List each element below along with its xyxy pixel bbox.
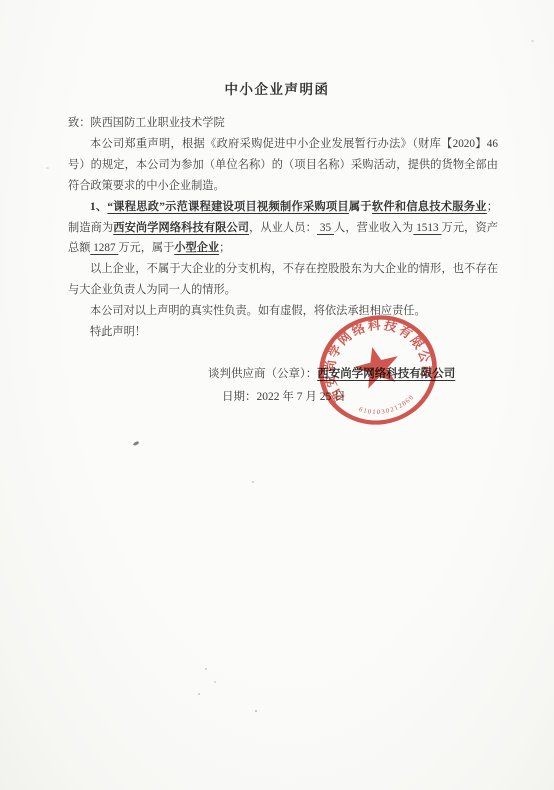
scan-speck: [255, 710, 257, 712]
paragraph: 本公司对以上声明的真实性负责。如有虚假，将依法承担相应责任。: [68, 301, 498, 322]
date-line: 日期：2022 年 7 月 25 日: [208, 386, 455, 409]
text-segment: 本公司郑重声明，根据《政府采购促进中小企业发展暂行办法》（财库【2020】46 …: [68, 138, 498, 192]
text-segment: 小型企业: [174, 242, 219, 254]
text-segment: 万元，属于: [118, 242, 174, 254]
supplier-name: 西安尚学网络科技有限公司: [317, 368, 455, 380]
paragraph: 1、“课程思政”示范课程建设项目视频制作采购项目属于软件和信息技术服务业；制造商…: [68, 197, 498, 260]
text-segment: ；: [219, 242, 230, 254]
text-segment: 以上企业，不属于大企业的分支机构，不存在控股股东为大企业的情形，也不存在与大企业…: [68, 263, 498, 296]
scan-speck: [205, 668, 207, 670]
text-segment: 特此声明！: [90, 326, 146, 338]
signature-line: 谈判供应商（公章）：西安尚学网络科技有限公司: [208, 363, 455, 386]
scan-speck: [198, 693, 200, 695]
date-value: 2022 年 7 月 25 日: [257, 391, 346, 403]
date-label: 日期：: [222, 391, 257, 403]
text-segment: 西安尚学网络科技有限公司: [113, 222, 249, 234]
scan-speck: [46, 167, 49, 169]
text-segment: 属于: [349, 201, 372, 213]
text-segment: 1287: [90, 242, 118, 254]
text-segment: 人，营业收入为: [334, 222, 413, 234]
document-title: 中小企业声明函: [0, 78, 554, 98]
paragraph: 以上企业，不属于大企业的分支机构，不存在控股股东为大企业的情形，也不存在与大企业…: [68, 259, 498, 301]
document-page: 中小企业声明函 致：陕西国防工业职业技术学院本公司郑重声明，根据《政府采购促进中…: [0, 0, 554, 790]
paragraph: 特此声明！: [68, 322, 498, 343]
scan-speck: [133, 441, 140, 446]
paragraph: 本公司郑重声明，根据《政府采购促进中小企业发展暂行办法》（财库【2020】46 …: [68, 134, 498, 197]
scan-speck: [252, 481, 254, 483]
text-segment: 1、: [90, 201, 107, 213]
text-segment: “课程思政”示范课程建设项目视频制作采购项目: [107, 201, 349, 213]
text-segment: 1513: [413, 222, 441, 234]
paragraph: 致：陕西国防工业职业技术学院: [68, 113, 498, 134]
scan-speck: [214, 681, 216, 683]
scan-speck: [531, 39, 535, 42]
document-body: 致：陕西国防工业职业技术学院本公司郑重声明，根据《政府采购促进中小企业发展暂行办…: [68, 113, 498, 343]
signature-block: 谈判供应商（公章）：西安尚学网络科技有限公司 日期：2022 年 7 月 25 …: [208, 363, 455, 409]
text-segment: 本公司对以上声明的真实性负责。如有虚假，将依法承担相应责任。: [90, 305, 426, 317]
text-segment: 软件和信息技术服务业: [372, 201, 487, 213]
text-segment: 35: [317, 222, 334, 234]
text-segment: ，从业人员：: [249, 222, 317, 234]
text-segment: 致：陕西国防工业职业技术学院: [68, 117, 225, 129]
supplier-label: 谈判供应商（公章）：: [208, 368, 317, 380]
